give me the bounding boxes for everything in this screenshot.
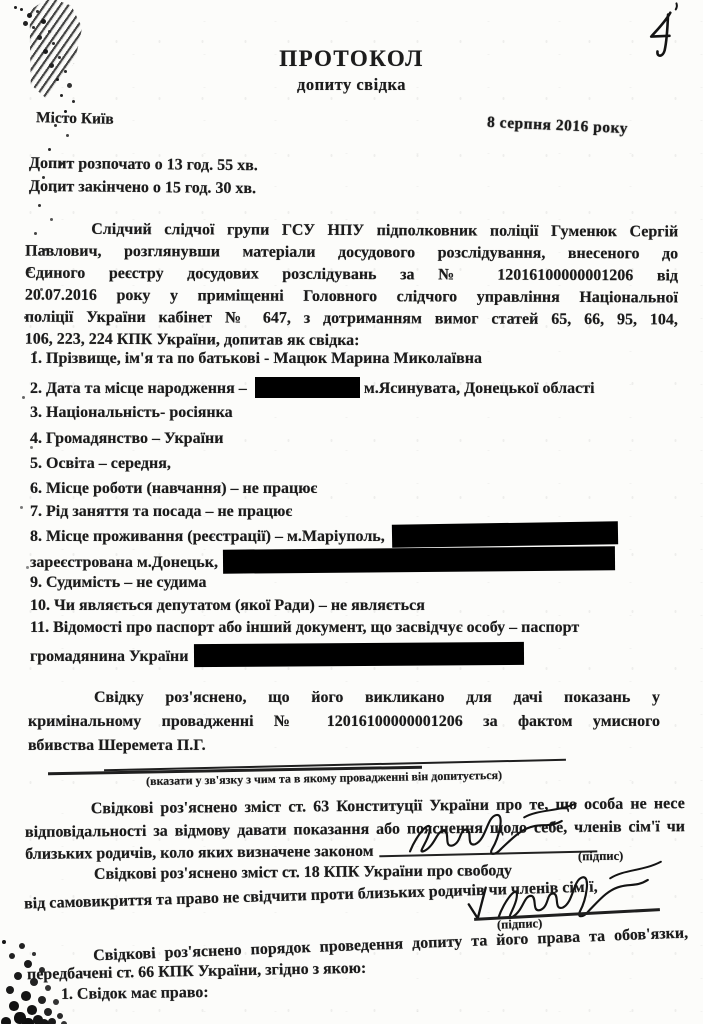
witness-field-deputy: 10. Чи являється депутатом (якої Ради) –…	[30, 597, 695, 615]
redaction-bar	[255, 377, 360, 398]
article-63-line-text: близьких родичів, коло яких визначене за…	[25, 843, 374, 863]
summons-line: кримінальному провадженні № 120161000000…	[28, 710, 660, 734]
document-subtitle: допиту свідка	[0, 75, 703, 95]
witness-field-nationality: 3. Національність- росіянка	[30, 404, 695, 422]
intro-line: Павлович, розглянувши матеріали досудово…	[25, 240, 678, 265]
date-line: 8 серпня 2016 року	[487, 114, 629, 138]
redaction-bar	[392, 521, 618, 548]
witness-field-occupation: 7. Рід заняття та посада – не працює	[30, 503, 695, 521]
witness-field-convictions: 9. Судимість – не судима	[30, 574, 695, 592]
field-label: зареєстрована м.Донецьк,	[30, 554, 218, 571]
witness-field-education: 5. Освіта – середня,	[30, 455, 695, 473]
procedure-line-1: Свідкові роз'яснено порядок проведення д…	[93, 925, 689, 966]
ink-specks-left-margin	[14, 6, 17, 9]
article-18-line-1: Свідкові роз'яснено зміст ст. 18 КПК Укр…	[94, 862, 512, 884]
witness-field-birth: 2. Дата та місце народження –м.Ясинувата…	[30, 377, 695, 398]
summons-line: вбивства Шеремета П.Г.	[28, 734, 660, 758]
witness-field-passport: 11. Відомості про паспорт або інший доку…	[30, 619, 695, 637]
procedure-line-3: 1. Свідок має право:	[61, 984, 209, 1004]
scanned-protocol-page: ПРОТОКОЛ допиту свідка Місто Київ 8 серп…	[0, 0, 703, 1024]
witness-field-residence: 8. Місце проживання (реєстрації) – м.Мар…	[30, 523, 695, 546]
witness-field-citizenship: 4. Громадянство – України	[30, 430, 695, 448]
interrogation-end-time: Допит закінчено о 15 год. 30 хв.	[29, 178, 256, 198]
summons-line: Свідку роз'яснено, що його викликано для…	[28, 686, 660, 710]
redaction-bar	[194, 642, 524, 667]
field-label: 8. Місце проживання (реєстрації) – м.Мар…	[30, 528, 385, 545]
investigator-intro-paragraph: Слідчий слідчої групи ГСУ НПУ підполковн…	[25, 219, 679, 353]
redaction-bar	[223, 546, 615, 573]
witness-field-surname: 1. Прізвище, ім'я та по батькові - Мацюк…	[30, 350, 695, 368]
summons-paragraph: Свідку роз'яснено, що його викликано для…	[28, 686, 660, 759]
ink-blob-bottom-left	[2, 940, 6, 944]
witness-field-passport-number: громадянина України	[30, 643, 695, 666]
field-label: громадянина України	[30, 648, 188, 665]
witness-field-workplace: 6. Місце роботи (навчання) – не працює	[30, 480, 695, 498]
field-label: 2. Дата та місце народження –	[30, 380, 247, 397]
intro-line: поліції України кабінет № 647, з дотрима…	[25, 306, 678, 331]
intro-line: Слідчий слідчої групи ГСУ НПУ підполковн…	[25, 219, 678, 244]
intro-line: 20.07.2016 року у приміщенні Головного с…	[25, 284, 678, 309]
field-value: м.Ясинувата, Донецької області	[364, 380, 595, 397]
document-title: ПРОТОКОЛ	[0, 46, 703, 72]
witness-signature-1	[399, 799, 592, 865]
interrogation-start-time: Допит розпочато о 13 год. 55 хв.	[29, 155, 258, 175]
procedure-line-2: передбачені ст. 66 КПК України, згідно з…	[27, 960, 367, 985]
city-line: Місто Київ	[36, 109, 114, 129]
intro-line: Єдиного реєстру досудових розслідувань з…	[25, 262, 678, 287]
witness-field-registration: зареєстрована м.Донецьк,	[30, 548, 695, 572]
